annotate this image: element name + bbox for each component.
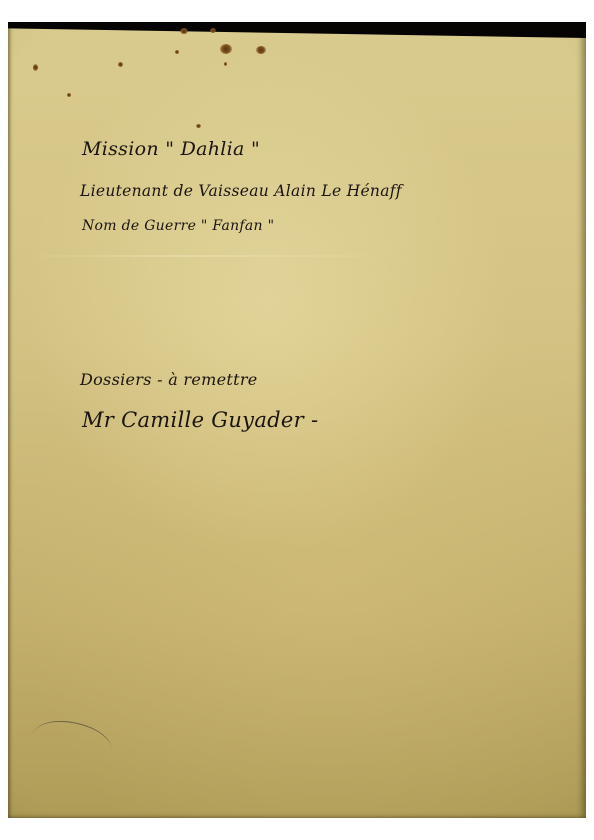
ink-stain: [118, 62, 123, 67]
officer-name: Lieutenant de Vaisseau Alain Le Hénaff: [80, 182, 402, 200]
nom-de-guerre: Nom de Guerre " Fanfan ": [82, 218, 274, 234]
paper-crease: [8, 255, 586, 257]
ink-stain: [256, 46, 266, 54]
mission-title: Mission " Dahlia ": [82, 138, 260, 160]
ink-stain: [67, 93, 71, 97]
ink-stain: [224, 62, 227, 66]
dossiers-heading: Dossiers - à remettre: [80, 370, 258, 389]
ink-stain: [210, 28, 216, 33]
ink-stain: [196, 124, 201, 128]
ink-stain: [180, 28, 188, 34]
ink-stain: [175, 50, 179, 54]
recipient-name: Mr Camille Guyader -: [82, 408, 318, 432]
ink-stain: [220, 44, 232, 54]
ink-stain: [33, 64, 38, 71]
